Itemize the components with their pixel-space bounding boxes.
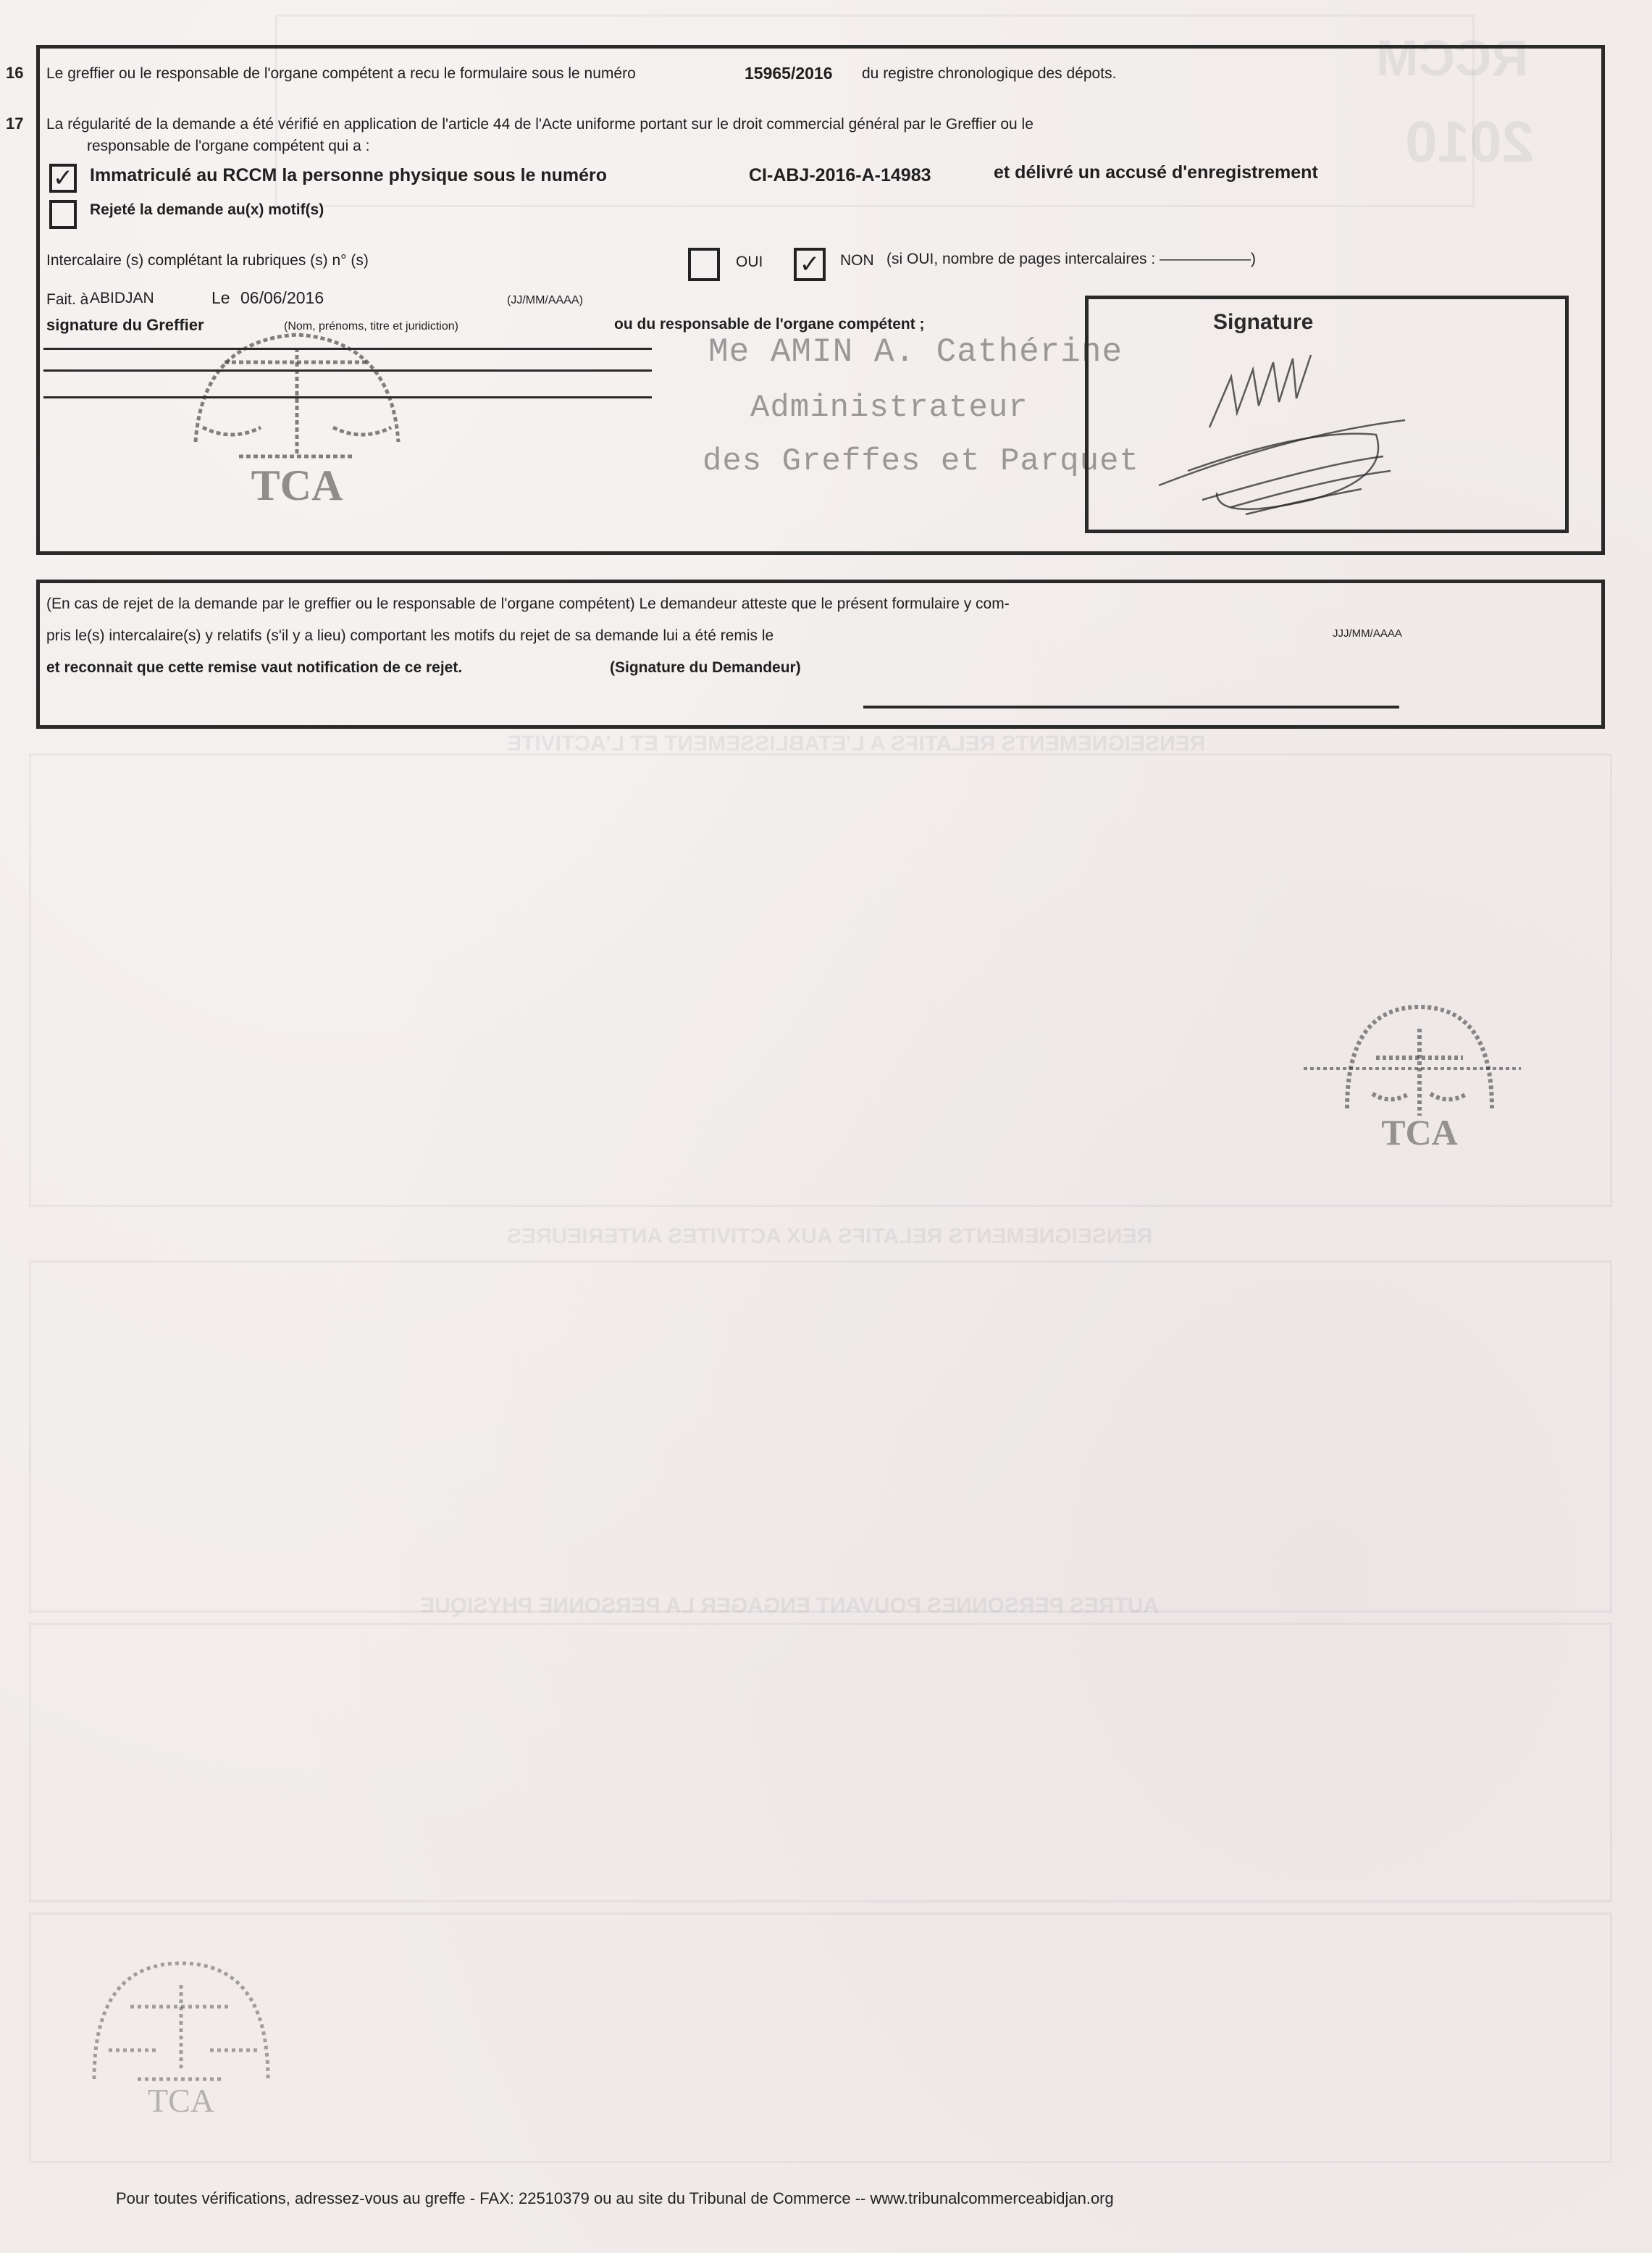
tribunal-seal-icon: TCA: [1333, 992, 1506, 1152]
applicant-signature-line[interactable]: [863, 706, 1399, 708]
signature-greffier-label: signature du Greffier: [46, 316, 204, 335]
signature-box-label: Signature: [1213, 310, 1313, 335]
svg-text:TCA: TCA: [148, 2082, 214, 2119]
registration-number: 15965/2016: [745, 64, 833, 83]
svg-text:TCA: TCA: [251, 461, 343, 509]
intercalaire-note: (si OUI, nombre de pages intercalaires :…: [886, 251, 1256, 268]
fait-a-label: Fait. à: [46, 291, 88, 309]
row17-line2: responsable de l'organe compétent qui a …: [87, 138, 369, 155]
svg-text:TCA: TCA: [1381, 1112, 1458, 1153]
rejection-signature-hint: (Signature du Demandeur): [610, 659, 801, 677]
handwritten-signature-icon: [1144, 333, 1506, 522]
row-number-17: 17: [6, 114, 23, 133]
rejection-line1: (En cas de rejet de la demande par le gr…: [46, 595, 1010, 613]
row-number-16: 16: [6, 64, 23, 83]
rccm-number: CI-ABJ-2016-A-14983: [749, 165, 931, 186]
non-label: NON: [840, 252, 874, 269]
registered-checkbox[interactable]: ✓: [49, 164, 77, 193]
registered-text-after: et délivré un accusé d'enregistrement: [994, 162, 1318, 183]
rejection-line2: pris le(s) intercalaire(s) y relatifs (s…: [46, 627, 773, 645]
row16-text-before: Le greffier ou le responsable de l'organ…: [46, 65, 636, 83]
checkmark-icon: ✓: [800, 252, 821, 277]
date-format: (JJ/MM/AAAA): [507, 294, 583, 307]
row17-line1: La régularité de la demande a été vérifi…: [46, 116, 1033, 133]
le-label: Le: [211, 288, 230, 308]
intercalaire-label: Intercalaire (s) complétant la rubriques…: [46, 252, 369, 269]
oui-label: OUI: [736, 254, 763, 271]
rejection-date-format: JJJ/MM/AAAA: [1333, 627, 1402, 640]
checkmark-icon: ✓: [53, 166, 74, 191]
registered-text-before: Immatriculé au RCCM la personne physique…: [90, 165, 607, 186]
oui-checkbox[interactable]: [688, 248, 720, 281]
rejected-checkbox[interactable]: [49, 200, 77, 229]
official-stamp-office: des Greffes et Parquet: [703, 443, 1139, 480]
non-checkbox[interactable]: ✓: [794, 248, 826, 281]
row16-text-after: du registre chronologique des dépots.: [862, 65, 1116, 83]
tribunal-seal-icon: TCA: [181, 319, 413, 507]
rejected-text: Rejeté la demande au(x) motif(s): [90, 201, 324, 219]
footer-verification-text: Pour toutes vérifications, adressez-vous…: [116, 2189, 1114, 2208]
official-stamp-name: Me AMIN A. Cathérine: [708, 333, 1123, 371]
rejection-line3: et reconnait que cette remise vaut notif…: [46, 659, 462, 677]
date-value: 06/06/2016: [240, 288, 324, 308]
fait-a-city: ABIDJAN: [90, 290, 154, 307]
tribunal-seal-icon: TCA: [80, 1941, 268, 2115]
responsable-label: ou du responsable de l'organe compétent …: [614, 316, 925, 333]
official-stamp-title: Administrateur: [750, 390, 1028, 426]
